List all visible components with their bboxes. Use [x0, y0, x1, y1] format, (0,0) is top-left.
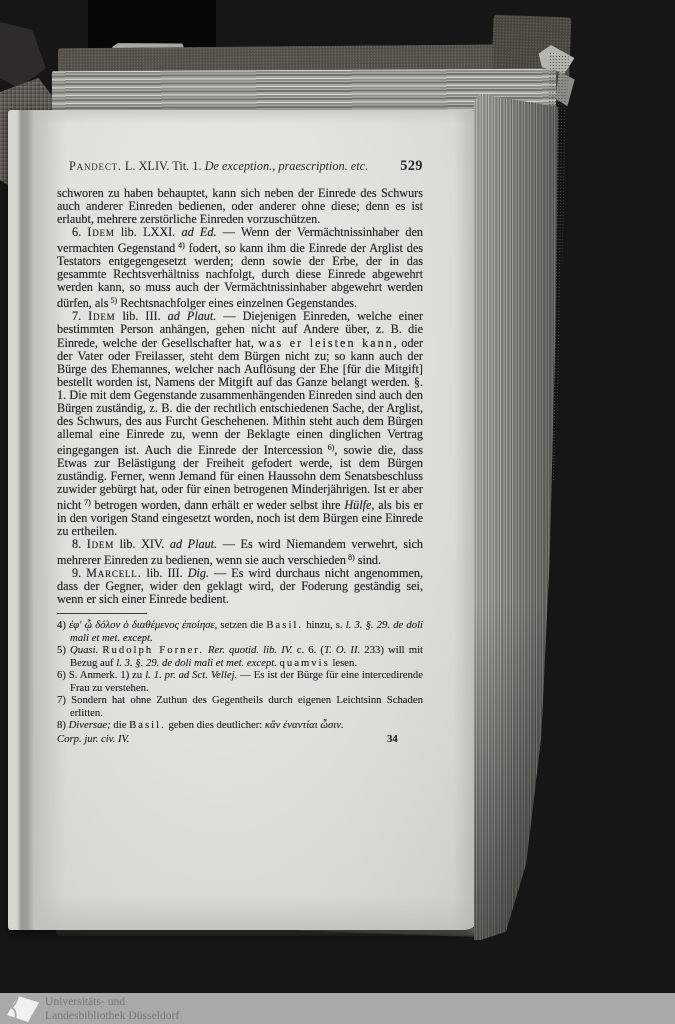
- body-paragraph: 9. Marcell. lib. III. Dig. — Es wird dur…: [57, 567, 423, 606]
- volume-signature: Corp. jur. civ. IV.: [57, 733, 129, 745]
- page-number: 529: [400, 158, 423, 175]
- body-paragraph: schworen zu haben behauptet, kann sich n…: [57, 187, 423, 226]
- body-paragraph: 8. Idem lib. XIV. ad Plaut. — Es wird Ni…: [57, 538, 423, 567]
- ulb-diamond-logo-icon: [5, 995, 41, 1023]
- page-content: Pandect. L. XLIV. Tit. 1. De exception.,…: [57, 158, 423, 747]
- footnote: 5) Quasi. Rudolph Forner. Rer. quotid. l…: [57, 644, 423, 669]
- page-block-fore-edge: [474, 94, 558, 940]
- library-name-line2: Landesbibliothek Düsseldorf: [45, 1009, 179, 1023]
- footnotes: 4) ἐφ' ᾧ δόλον ὁ διαθέμενος ἐποίησε, set…: [57, 619, 423, 746]
- body-text: schworen zu haben behauptet, kann sich n…: [57, 187, 423, 606]
- signature-row: Corp. jur. civ. IV. 34: [57, 733, 423, 747]
- library-name: Universitäts- und Landesbibliothek Düsse…: [45, 995, 179, 1022]
- footnote: 6) S. Anmerk. 1) zu l. 1. pr. ad Sct. Ve…: [57, 669, 423, 694]
- scanned-book-photo: Pandect. L. XLIV. Tit. 1. De exception.,…: [0, 0, 675, 1024]
- footnote: 4) ἐφ' ᾧ δόλον ὁ διαθέμενος ἐποίησε, set…: [57, 619, 423, 644]
- footnote-separator: [57, 613, 147, 614]
- running-title: Pandect. L. XLIV. Tit. 1. De exception.,…: [69, 159, 368, 174]
- library-name-line1: Universitäts- und: [45, 995, 179, 1009]
- library-bar: Universitäts- und Landesbibliothek Düsse…: [0, 993, 675, 1024]
- footnote: 8) Diversae; die Basil. geben dies deutl…: [57, 719, 423, 731]
- torn-cover-fragment: [0, 22, 46, 88]
- footnote: 7) Sondern hat ohne Zuthun des Gegenthei…: [57, 694, 423, 719]
- sheet-number: 34: [387, 733, 398, 745]
- body-paragraph: 6. Idem lib. LXXI. ad Ed. — Wenn der Ver…: [57, 226, 423, 310]
- page-header: Pandect. L. XLIV. Tit. 1. De exception.,…: [57, 158, 423, 175]
- book-page: Pandect. L. XLIV. Tit. 1. De exception.,…: [8, 110, 480, 930]
- body-paragraph: 7. Idem lib. III. ad Plaut. — Diejenigen…: [57, 310, 423, 538]
